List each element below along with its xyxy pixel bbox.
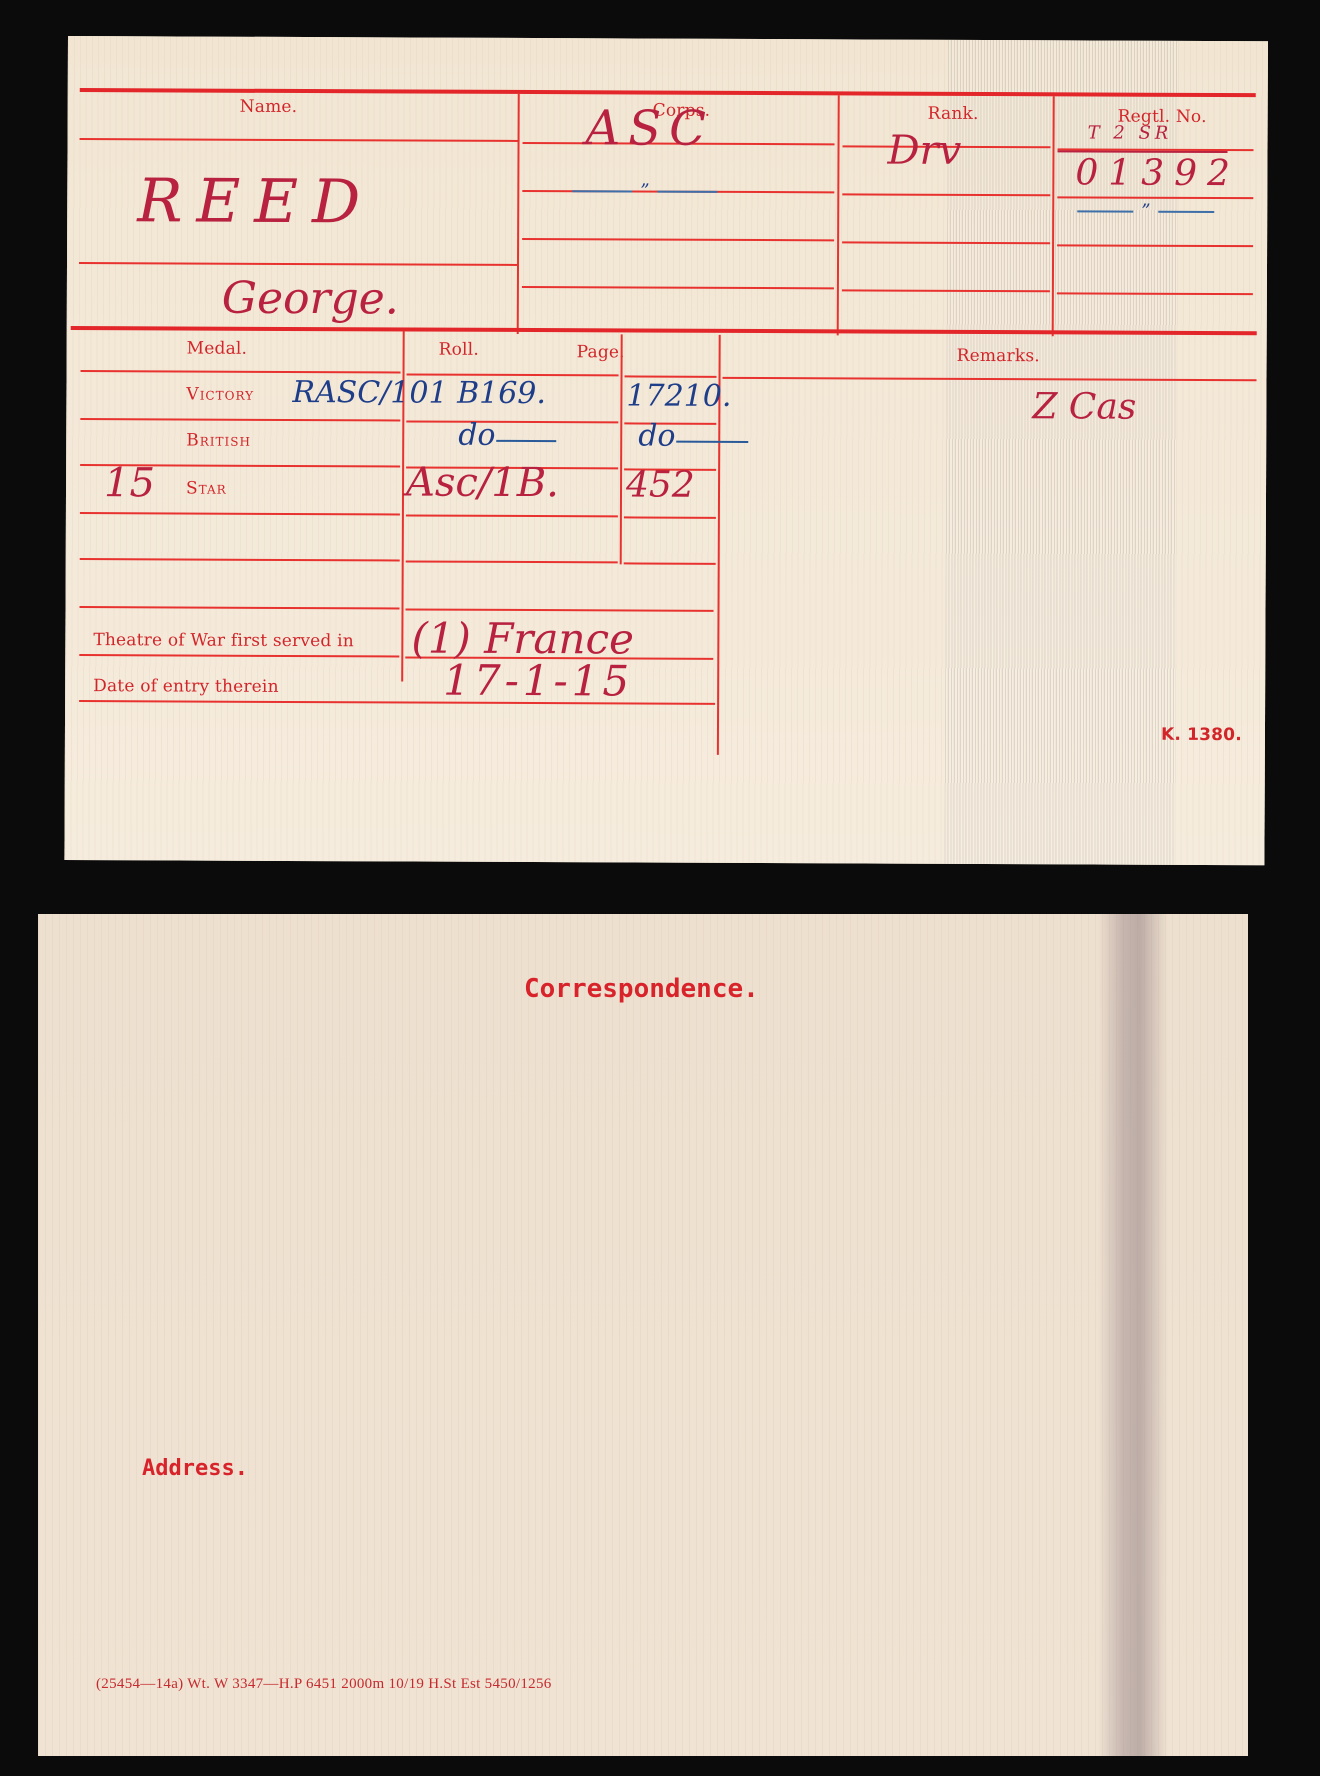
rule (80, 606, 400, 609)
rule (625, 375, 717, 377)
medal-header: Medal. (187, 339, 248, 359)
roll-header: Roll. (439, 340, 479, 360)
rule (80, 558, 400, 561)
date-label: Date of entry therein (93, 676, 279, 697)
page-value: do (638, 418, 675, 453)
rule (406, 560, 618, 563)
rule (81, 370, 401, 373)
rule (405, 608, 713, 611)
scan-streak (1098, 914, 1168, 1756)
ditto-mark: ” (1141, 201, 1150, 222)
form-number: K. 1380. (1161, 725, 1242, 745)
ditto-line (572, 190, 632, 192)
rule (522, 238, 834, 241)
remarks-header: Remarks. (957, 346, 1040, 366)
ditto-line (1158, 210, 1214, 212)
ditto-line (1077, 210, 1133, 212)
medal-label: British (186, 431, 251, 451)
rank-value: Drv (887, 128, 961, 174)
ditto-line (658, 190, 718, 192)
corps-value: ASC (585, 100, 714, 157)
date-value: 17-1-15 (443, 656, 633, 706)
regtl-ditto: ” (1077, 200, 1214, 222)
correspondence-heading: Correspondence. (524, 974, 759, 1004)
divider-roll-page (620, 334, 623, 564)
rule (80, 512, 400, 515)
printer-imprint: (25454—14a) Wt. W 3347—H.P 6451 2000m 10… (96, 1676, 552, 1693)
rule (842, 241, 1050, 244)
rule (80, 138, 520, 142)
divider-corps-rank (837, 95, 840, 335)
rule (406, 420, 618, 423)
regtl-no-prefix: T 2 SR (1088, 122, 1173, 143)
roll-value: RASC/101 B169. (292, 375, 546, 411)
medal-label: Victory (186, 385, 254, 405)
star-prefix: 15 (104, 460, 155, 506)
rule (79, 262, 519, 266)
ditto-line (676, 441, 748, 443)
rank-header: Rank. (928, 104, 979, 124)
regtl-no-value: 01392 (1075, 152, 1240, 194)
medal-label: Star (186, 479, 227, 499)
roll-value: Asc/1B. (406, 459, 559, 506)
name-header: Name. (240, 97, 298, 117)
ditto-line (496, 440, 556, 442)
rule (80, 418, 400, 421)
rule (79, 654, 399, 657)
ditto-mark: ” (640, 180, 649, 201)
surname-value: REED (137, 166, 374, 237)
corps-ditto: ” (572, 180, 717, 202)
address-label: Address. (142, 1456, 248, 1481)
page-header: Page. (577, 342, 625, 362)
page-value: 452 (626, 464, 695, 505)
divider-name-corps (517, 94, 520, 334)
medal-index-card-front: Name. Corps. Rank. Regtl. No. REED Georg… (64, 36, 1268, 865)
remarks-value: Z Cas (1032, 386, 1136, 427)
rule (624, 516, 716, 518)
rule (522, 286, 834, 289)
theatre-label: Theatre of War first served in (93, 630, 354, 651)
forename-value: George. (222, 273, 399, 325)
roll-value: do (458, 418, 495, 453)
forename-text: George. (222, 273, 399, 325)
page-value: 17210. (626, 378, 731, 413)
rule (406, 514, 618, 517)
rule (624, 562, 716, 564)
medal-index-card-back: Correspondence. Address. (25454—14a) Wt.… (38, 914, 1248, 1756)
